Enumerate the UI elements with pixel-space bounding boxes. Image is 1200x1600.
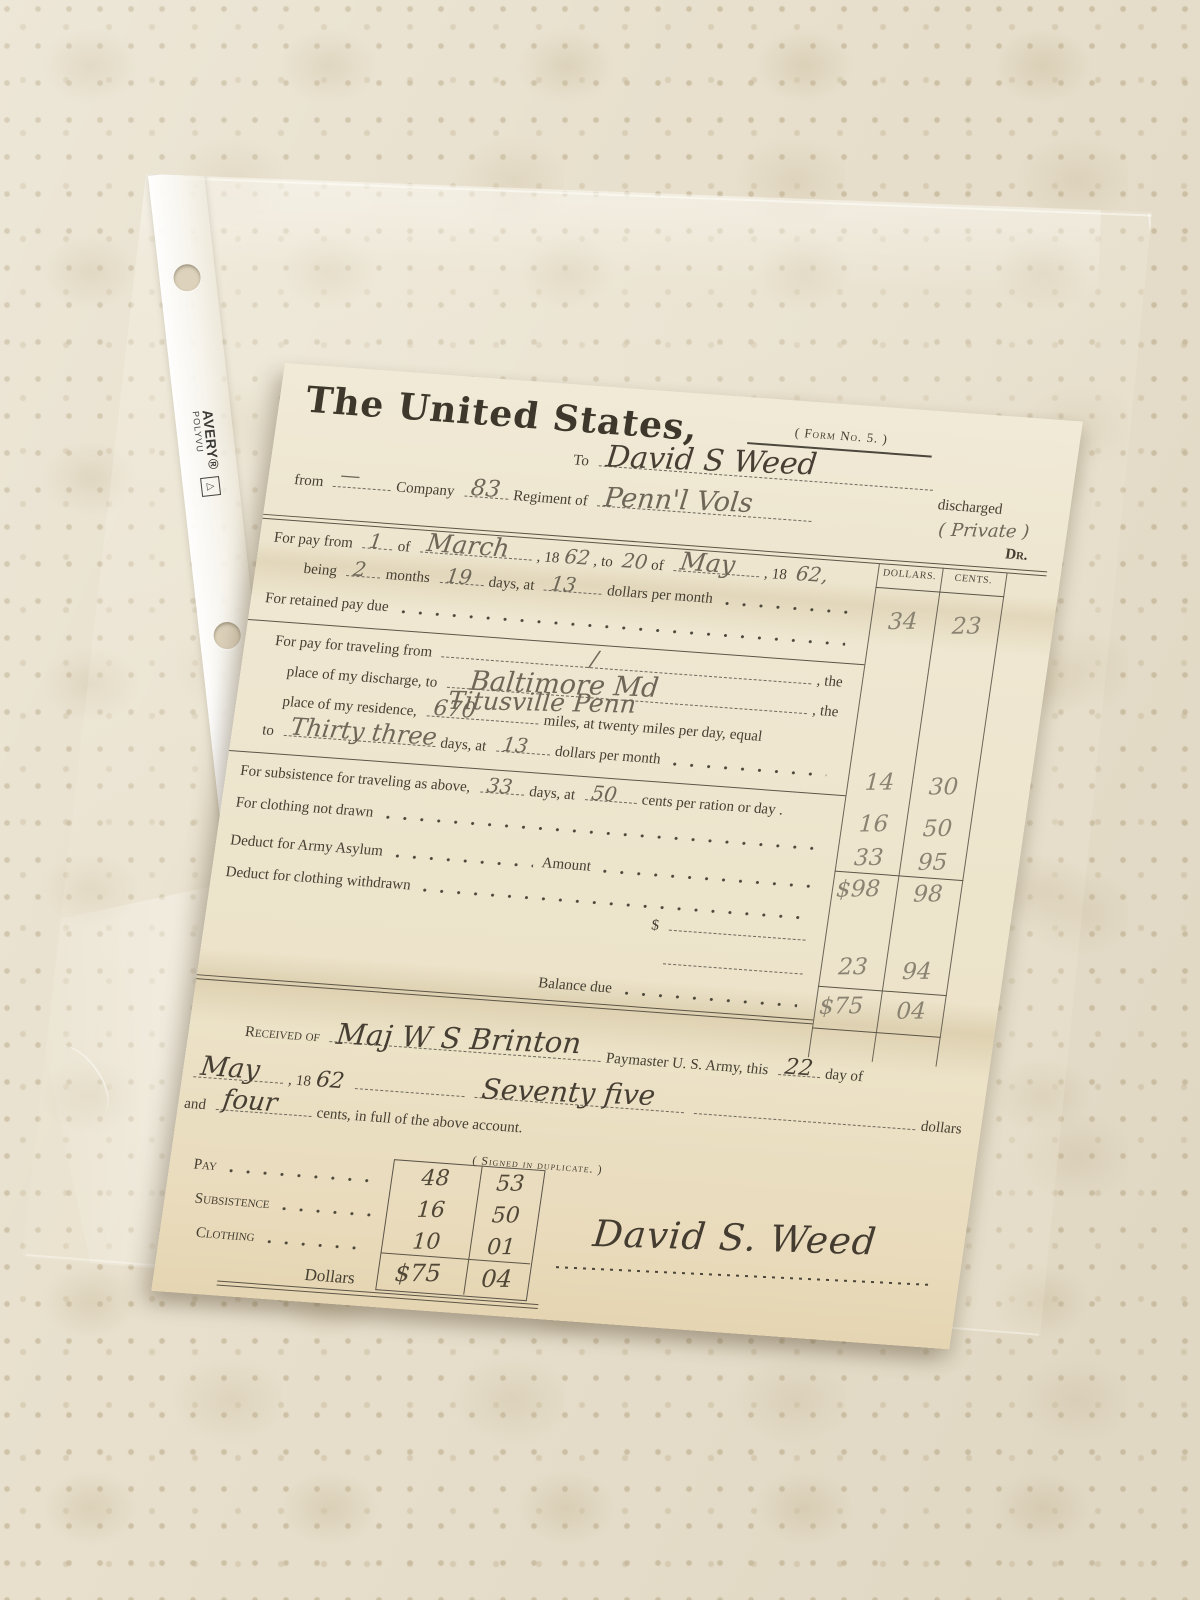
dotted-leader xyxy=(282,1207,372,1217)
deduct-blank xyxy=(663,950,805,974)
dotted-leader xyxy=(725,602,850,614)
pay-day2-entry: 20 xyxy=(620,548,649,574)
travel-text: For pay for traveling from xyxy=(274,633,433,661)
day-entry: 22 xyxy=(783,1054,814,1081)
balance-dollar-sign: $ xyxy=(819,994,835,1020)
month-blank: May xyxy=(193,1064,285,1084)
receipt-text: Paymaster U. S. Army, this xyxy=(605,1050,770,1079)
pay-text: For pay from xyxy=(273,530,354,553)
asylum-label: Deduct for Army Asylum xyxy=(229,832,384,860)
from-entry: — xyxy=(339,462,362,487)
amount-clothing-dollars: 33 xyxy=(836,845,902,872)
summary-subsistence-dollars: 16 xyxy=(386,1198,476,1223)
document-paper: The United States, ( Form No. 5. ) To Da… xyxy=(151,363,1083,1349)
total-dollars-figure: 98 xyxy=(850,876,881,902)
summary-total-cents: 04 xyxy=(465,1265,529,1293)
amount-words-entry: Seventy five xyxy=(480,1072,657,1111)
pay-text: , 18 xyxy=(763,566,788,585)
amount-total-cents: 98 xyxy=(895,881,961,908)
amount-balance-cents: 04 xyxy=(878,998,944,1025)
pay-days-entry: 19 xyxy=(445,563,474,589)
cents-words-blank: four xyxy=(215,1096,313,1117)
amount-travel-cents: 30 xyxy=(911,774,977,801)
company-blank: 83 xyxy=(464,483,510,500)
subsistence-rate-blank: 50 xyxy=(584,786,638,803)
from-label: from xyxy=(293,472,325,491)
amount-clothing-cents: 95 xyxy=(900,849,966,876)
from-blank: — xyxy=(333,473,393,491)
dotted-leader xyxy=(395,854,533,867)
total-dollar-sign: $ xyxy=(835,877,851,903)
pay-day1-blank: 1 xyxy=(362,535,394,551)
pay-month2-blank: May xyxy=(673,557,761,577)
summary-pay-label: Pay xyxy=(192,1157,218,1176)
dollar-sign: $ xyxy=(650,917,660,934)
pay-text: of xyxy=(650,557,665,575)
pay-days-blank: 19 xyxy=(439,569,485,586)
recycle-icon: △ xyxy=(200,476,221,497)
summary-clothing-label: Clothing xyxy=(195,1225,256,1246)
summary-pay-cents: 53 xyxy=(478,1172,542,1197)
summary-pay-dollars: 48 xyxy=(390,1166,480,1191)
pay-text: being xyxy=(302,561,338,580)
summary-total-figure: 75 xyxy=(409,1259,442,1287)
amount-words-blank: Seventy five xyxy=(474,1084,685,1113)
summary-subsistence-row: Subsistence xyxy=(194,1191,382,1221)
receipt-blank xyxy=(693,1100,917,1130)
dotted-leader xyxy=(229,1169,377,1183)
month-entry: May xyxy=(199,1051,262,1086)
amount-subsistence-cents: 50 xyxy=(905,816,971,843)
regiment-entry: Penn'l Vols xyxy=(603,482,755,519)
retained-pay-label: For retained pay due xyxy=(264,590,390,616)
pay-month1-entry: March xyxy=(425,528,511,563)
travel-text: to xyxy=(261,722,275,740)
subsistence-days-entry: 33 xyxy=(485,773,514,799)
travel-text: miles, at twenty miles per day, equal xyxy=(543,713,764,746)
dr-label: Dr. xyxy=(1004,546,1029,565)
paymaster-entry: Maj W S Brinton xyxy=(335,1017,583,1060)
travel-rate-blank: 13 xyxy=(496,738,552,756)
pay-text: , to xyxy=(592,553,614,571)
summary-clothing-cents: 01 xyxy=(469,1235,533,1260)
subsistence-days-blank: 33 xyxy=(480,779,526,796)
amount-subsistence-dollars: 16 xyxy=(841,811,907,838)
receipt-blank xyxy=(354,1075,466,1097)
subsistence-rate-entry: 50 xyxy=(590,780,619,806)
form-title: The United States, xyxy=(303,379,701,449)
subsistence-text: cents per ration or day . xyxy=(641,792,785,819)
pay-yr2-entry: 62, xyxy=(794,561,829,587)
receipt-text: day of xyxy=(824,1066,864,1086)
travel-text: , the xyxy=(811,702,839,721)
rank-note-wrap: ( Private ) xyxy=(937,520,1030,543)
pay-text: of xyxy=(396,539,411,557)
travel-text: place of my discharge, to xyxy=(286,664,439,692)
subsistence-text: days, at xyxy=(528,784,576,804)
pay-text: dollars per month xyxy=(606,583,714,608)
avery-label: AVERY® POLYVU △ xyxy=(175,381,240,526)
company-entry: 83 xyxy=(469,475,502,503)
summary-total-dollars: $75 xyxy=(369,1259,468,1287)
dotted-leader xyxy=(624,992,797,1008)
dotted-leader xyxy=(673,762,827,776)
dotted-leader xyxy=(386,816,816,851)
summary-clothing-dollars: 10 xyxy=(381,1230,471,1255)
regiment-label: Regiment of xyxy=(512,488,589,510)
summary-dollars-label: Dollars xyxy=(303,1265,356,1289)
summary-dollars-row: Dollars xyxy=(303,1265,356,1289)
pay-yr1-entry: 62 xyxy=(563,544,592,570)
receipt-text: , 18 xyxy=(287,1072,312,1091)
balance-label: Balance due xyxy=(537,975,613,997)
cents-words-entry: four xyxy=(221,1084,280,1118)
received-label: Received of xyxy=(244,1024,321,1046)
travel-text: days, at xyxy=(439,735,487,755)
day-blank: 22 xyxy=(778,1061,822,1078)
summary-pay-row: Pay xyxy=(192,1157,386,1188)
amount-label: Amount xyxy=(540,855,591,875)
and-word: and xyxy=(183,1095,207,1113)
discharged-label: discharged xyxy=(936,497,1003,519)
travel-from-entry: / xyxy=(589,647,600,672)
dotted-leader xyxy=(401,610,846,646)
amount-total-dollars: $98 xyxy=(819,876,897,903)
payee-name-entry: David S Weed xyxy=(604,439,819,482)
amount-balance-dollars: $75 xyxy=(802,993,880,1020)
amount-deduct-dollars: 23 xyxy=(820,954,886,981)
year-entry: 62 xyxy=(314,1067,345,1094)
receipt-text: cents, in full of the above account. xyxy=(315,1105,523,1137)
summary-subsistence-label: Subsistence xyxy=(194,1191,271,1213)
residence-entry: Titusville Penn xyxy=(447,686,637,719)
dotted-leader xyxy=(267,1240,367,1250)
amount-pay-dollars: 34 xyxy=(870,609,936,636)
pay-rate-entry: 13 xyxy=(549,571,578,597)
deduct-blank-line xyxy=(658,950,810,975)
pay-months-blank: 2 xyxy=(346,562,382,578)
pay-rate-blank: 13 xyxy=(544,577,604,595)
punch-hole-middle xyxy=(212,621,242,651)
pay-month1-blank: March xyxy=(420,539,534,561)
rank-note-entry: ( Private ) xyxy=(937,520,1030,543)
pay-months-entry: 2 xyxy=(352,556,368,581)
withdrawn-label: Deduct for clothing withdrawn xyxy=(224,864,411,894)
travel-rate-entry: 13 xyxy=(501,732,530,758)
summary-clothing-row: Clothing xyxy=(195,1225,377,1255)
discharged-label-wrap: discharged xyxy=(936,497,1003,519)
residence-entry-wrap: Titusville Penn xyxy=(447,686,637,719)
dotted-leader xyxy=(603,870,810,888)
punch-hole-top xyxy=(172,263,202,293)
paymaster-blank: Maj W S Brinton xyxy=(329,1028,602,1062)
travel-text: , the xyxy=(816,673,844,692)
dr-label-wrap: Dr. xyxy=(1004,546,1029,565)
dollars-column-header: DOLLARS. xyxy=(877,567,942,583)
regiment-blank: Penn'l Vols xyxy=(597,492,813,521)
clothing-label: For clothing not drawn xyxy=(234,795,374,822)
amount-deduct-cents: 94 xyxy=(884,959,950,986)
dotted-leader xyxy=(423,889,806,920)
pay-month2-entry: May xyxy=(678,547,737,580)
summary-subsistence-cents: 50 xyxy=(474,1203,538,1228)
travel-days-blank: Thirty three xyxy=(283,722,437,747)
signature-entry: David S. Weed xyxy=(591,1212,879,1263)
pay-text: , 18 xyxy=(536,549,561,568)
pay-text: days, at xyxy=(487,574,535,594)
cents-column-header: CENTS. xyxy=(941,572,1006,588)
amount-travel-dollars: 14 xyxy=(847,769,913,796)
pay-day1-entry: 1 xyxy=(368,529,384,554)
dollars-word: dollars xyxy=(920,1119,963,1139)
company-label: Company xyxy=(395,479,456,500)
pay-text: months xyxy=(385,567,431,587)
travel-text: dollars per month xyxy=(554,744,662,769)
to-label: To xyxy=(572,452,590,470)
signature-line xyxy=(556,1266,928,1285)
amount-pay-cents: 23 xyxy=(934,613,1000,640)
balance-dollars-figure: 75 xyxy=(833,993,864,1019)
subsistence-text: For subsistence for traveling as above, xyxy=(239,763,472,797)
